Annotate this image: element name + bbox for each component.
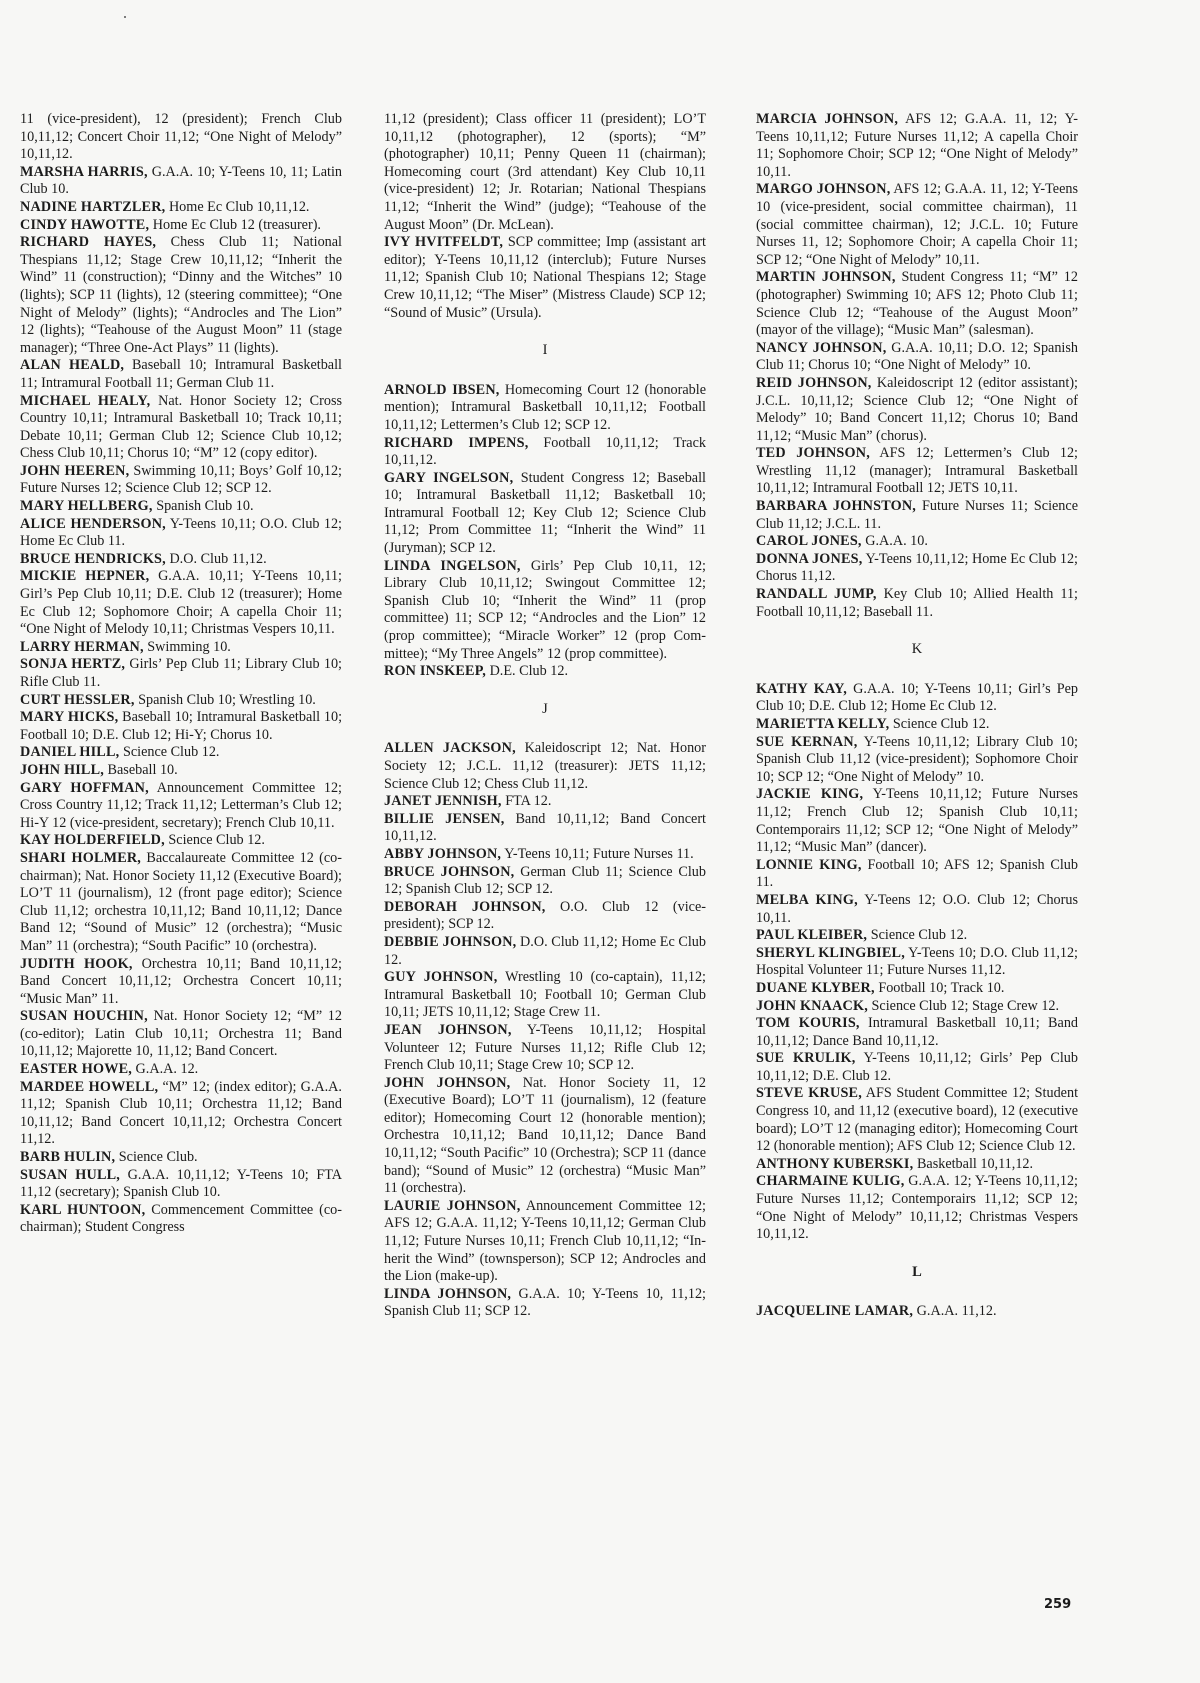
student-activities: Science Club 12. — [119, 744, 219, 760]
student-name: SHERYL KLINGBIEL, — [756, 945, 905, 961]
student-entry: LINDA INGELSON, Girls’ Pep Club 10,11, 1… — [384, 558, 706, 664]
student-entry: CHARMAINE KULIG, G.A.A. 12; Y-Teens 10,1… — [756, 1173, 1078, 1243]
student-name: MARTIN JOHNSON, — [756, 269, 896, 285]
student-name: PAUL KLEIBER, — [756, 927, 867, 943]
student-entry: REID JOHNSON, Kaleidoscript 12 (editor a… — [756, 375, 1078, 445]
student-activities: G.A.A. 11,12. — [913, 1303, 996, 1319]
student-entry: DEBORAH JOHNSON, O.O. Club 12 (vice-pres… — [384, 899, 706, 934]
student-entry: JOHN JOHNSON, Nat. Honor Society 11, 12 … — [384, 1075, 706, 1198]
student-activities: Swimming 10. — [144, 639, 231, 655]
student-entry: DUANE KLYBER, Football 10; Track 10. — [756, 980, 1078, 998]
student-name: JOHN HILL, — [20, 762, 104, 778]
student-name: ARNOLD IBSEN, — [384, 382, 500, 398]
student-entry: PAUL KLEIBER, Science Club 12. — [756, 927, 1078, 945]
section-letter-heading: L — [756, 1264, 1078, 1282]
page-number: 259 — [1044, 1597, 1071, 1612]
student-activities: FTA 12. — [502, 793, 552, 809]
student-entry: LARRY HERMAN, Swimming 10. — [20, 639, 342, 657]
student-entry: ARNOLD IBSEN, Homecoming Court 12 (honor… — [384, 382, 706, 435]
student-entry: RON INSKEEP, D.E. Club 12. — [384, 663, 706, 681]
student-name: SUE KRULIK, — [756, 1050, 855, 1066]
column-right: MARCIA JOHNSON, AFS 12; G.A.A. 11, 12; Y… — [756, 111, 1078, 1321]
student-name: BARBARA JOHNSTON, — [756, 498, 916, 514]
student-activities: G.A.A. 10. — [862, 533, 928, 549]
student-name: MELBA KING, — [756, 892, 858, 908]
student-name: NADINE HARTZLER, — [20, 199, 165, 215]
student-entry: DONNA JONES, Y-Teens 10,11,12; Home Ec C… — [756, 551, 1078, 586]
student-entry: MELBA KING, Y-Teens 12; O.O. Club 12; Ch… — [756, 892, 1078, 927]
student-name: RANDALL JUMP, — [756, 586, 877, 602]
student-name: RICHARD HAYES, — [20, 234, 156, 250]
student-name: BARB HULIN, — [20, 1149, 115, 1165]
student-entry: MARDEE HOWELL, “M” 12; (index edi­tor); … — [20, 1079, 342, 1149]
student-activities: Spanish Club 10; Wres­tling 10. — [135, 692, 316, 708]
student-name: STEVE KRUSE, — [756, 1085, 862, 1101]
student-name: BRUCE JOHNSON, — [384, 864, 514, 880]
student-activities: Y-Teens 10,11; Future Nurses 11. — [501, 846, 693, 862]
student-entry: RICHARD IMPENS, Football 10,11,12; Track… — [384, 435, 706, 470]
student-activities: Science Club 12. — [889, 716, 989, 732]
student-entry: SUSAN HOUCHIN, Nat. Honor Society 12; “M… — [20, 1008, 342, 1061]
student-name: CHARMAINE KULIG, — [756, 1173, 904, 1189]
student-entry: SUSAN HULL, G.A.A. 10,11,12; Y-Teens 10;… — [20, 1167, 342, 1202]
student-entry: DANIEL HILL, Science Club 12. — [20, 744, 342, 762]
student-name: TOM KOURIS, — [756, 1015, 860, 1031]
section-letter-heading: J — [384, 701, 706, 719]
student-activities: Nat. Honor Society 11, 12 (Executive Boa… — [384, 1075, 706, 1197]
student-entry: 11,12 (president); Class officer 11 (pre… — [384, 111, 706, 234]
student-name: BRUCE HENDRICKS, — [20, 551, 166, 567]
student-entry: SUE KERNAN, Y-Teens 10,11,12; Library Cl… — [756, 734, 1078, 787]
student-entry: CURT HESSLER, Spanish Club 10; Wres­tlin… — [20, 692, 342, 710]
student-name: ABBY JOHNSON, — [384, 846, 501, 862]
student-name: SUSAN HOUCHIN, — [20, 1008, 148, 1024]
student-name: MARY HELLBERG, — [20, 498, 153, 514]
student-name: LONNIE KING, — [756, 857, 862, 873]
student-entry: MICKIE HEPNER, G.A.A. 10,11; Y-Teens 10,… — [20, 568, 342, 638]
student-name: GUY JOHNSON, — [384, 969, 497, 985]
student-name: CURT HESSLER, — [20, 692, 135, 708]
student-name: MICHAEL HEALY, — [20, 393, 150, 409]
student-name: LINDA INGELSON, — [384, 558, 521, 574]
student-name: JACKIE KING, — [756, 786, 863, 802]
column-left: 11 (vice-president), 12 (president); Fre… — [20, 111, 342, 1237]
student-name: MARIETTA KELLY, — [756, 716, 889, 732]
student-activities: Science Club. — [115, 1149, 197, 1165]
student-name: KATHY KAY, — [756, 681, 847, 697]
student-name: JANET JENNISH, — [384, 793, 502, 809]
student-entry: KAY HOLDERFIELD, Science Club 12. — [20, 832, 342, 850]
student-entry: BRUCE HENDRICKS, D.O. Club 11,12. — [20, 551, 342, 569]
student-entry: ABBY JOHNSON, Y-Teens 10,11; Future Nurs… — [384, 846, 706, 864]
student-activities: Home Ec Club 10,11,12. — [165, 199, 309, 215]
student-name: CINDY HAWOTTE, — [20, 217, 149, 233]
student-entry: MARGO JOHNSON, AFS 12; G.A.A. 11, 12; Y-… — [756, 181, 1078, 269]
student-name: SUE KERNAN, — [756, 734, 858, 750]
student-name: MARSHA HARRIS, — [20, 164, 148, 180]
student-entry: JOHN HEEREN, Swimming 10,11; Boys’ Golf … — [20, 463, 342, 498]
student-activities: Basketball 10,11,12. — [913, 1156, 1033, 1172]
student-entry: NADINE HARTZLER, Home Ec Club 10,11,12. — [20, 199, 342, 217]
student-name: DEBORAH JOHNSON, — [384, 899, 546, 915]
student-entry: MARIETTA KELLY, Science Club 12. — [756, 716, 1078, 734]
student-entry: SHERYL KLINGBIEL, Y-Teens 10; D.O. Club … — [756, 945, 1078, 980]
student-entry: MARTIN JOHNSON, Student Congress 11; “M”… — [756, 269, 1078, 339]
student-entry: JANET JENNISH, FTA 12. — [384, 793, 706, 811]
student-entry: EASTER HOWE, G.A.A. 12. — [20, 1061, 342, 1079]
student-name: LARRY HERMAN, — [20, 639, 144, 655]
student-name: JOHN JOHNSON, — [384, 1075, 510, 1091]
section-letter-heading: K — [756, 641, 1078, 659]
student-entry: JOHN KNAACK, Science Club 12; Stage Crew… — [756, 998, 1078, 1016]
student-name: SUSAN HULL, — [20, 1167, 120, 1183]
student-name: ALAN HEALD, — [20, 357, 124, 373]
student-entry: ALAN HEALD, Baseball 10; Intramural Bask… — [20, 357, 342, 392]
student-name: DANIEL HILL, — [20, 744, 119, 760]
student-activities: Football 10; Track 10. — [875, 980, 1005, 996]
student-name: MARGO JOHNSON, — [756, 181, 891, 197]
student-name: KARL HUNTOON, — [20, 1202, 145, 1218]
student-entry: GUY JOHNSON, Wrestling 10 (co-captain), … — [384, 969, 706, 1022]
scan-speck — [124, 16, 126, 18]
student-activities: Science Club 12. — [165, 832, 265, 848]
student-entry: CAROL JONES, G.A.A. 10. — [756, 533, 1078, 551]
student-entry: MARY HICKS, Baseball 10; Intramural Bask… — [20, 709, 342, 744]
student-name: RICHARD IMPENS, — [384, 435, 528, 451]
student-name: JUDITH HOOK, — [20, 956, 133, 972]
student-entry: CINDY HAWOTTE, Home Ec Club 12 (treasure… — [20, 217, 342, 235]
student-name: MARY HICKS, — [20, 709, 118, 725]
student-entry: STEVE KRUSE, AFS Student Committee 12; S… — [756, 1085, 1078, 1155]
student-name: JEAN JOHNSON, — [384, 1022, 512, 1038]
student-name: BILLIE JENSEN, — [384, 811, 505, 827]
student-entry: GARY HOFFMAN, Announcement Com­mittee 12… — [20, 780, 342, 833]
student-entry: ALICE HENDERSON, Y-Teens 10,11; O.O. Clu… — [20, 516, 342, 551]
student-activities: D.O. Club 11,12. — [166, 551, 267, 567]
student-activities: D.E. Club 12. — [486, 663, 568, 679]
student-activities: Science Club 12; Stage Crew 12. — [868, 998, 1059, 1014]
student-entry: DEBBIE JOHNSON, D.O. Club 11,12; Home Ec… — [384, 934, 706, 969]
student-entry: 11 (vice-president), 12 (president); Fre… — [20, 111, 342, 164]
student-name: REID JOHNSON, — [756, 375, 872, 391]
student-entry: JOHN HILL, Baseball 10. — [20, 762, 342, 780]
student-entry: RANDALL JUMP, Key Club 10; Allied Health… — [756, 586, 1078, 621]
student-entry: KARL HUNTOON, Commencement Com­mittee (c… — [20, 1202, 342, 1237]
student-activities: G.A.A. 12. — [132, 1061, 198, 1077]
student-name: ANTHONY KUBERSKI, — [756, 1156, 913, 1172]
student-name: SHARI HOLMER, — [20, 850, 141, 866]
student-name: JOHN KNAACK, — [756, 998, 868, 1014]
student-entry: BRUCE JOHNSON, German Club 11; Sci­ence … — [384, 864, 706, 899]
student-entry: BARB HULIN, Science Club. — [20, 1149, 342, 1167]
student-name: ALICE HENDERSON, — [20, 516, 166, 532]
student-name: IVY HVITFELDT, — [384, 234, 503, 250]
student-activities: Spanish Club 10. — [153, 498, 254, 514]
student-name: JOHN HEEREN, — [20, 463, 129, 479]
student-entry: SHARI HOLMER, Baccalaureate Commit­tee 1… — [20, 850, 342, 956]
student-name: MARDEE HOWELL, — [20, 1079, 158, 1095]
student-entry: TED JOHNSON, AFS 12; Lettermen’s Club 12… — [756, 445, 1078, 498]
student-entry: JEAN JOHNSON, Y-Teens 10,11,12; Hos­pita… — [384, 1022, 706, 1075]
student-name: LAURIE JOHNSON, — [384, 1198, 520, 1214]
student-entry: IVY HVITFELDT, SCP committee; Imp (as­si… — [384, 234, 706, 322]
student-name: EASTER HOWE, — [20, 1061, 132, 1077]
student-name: CAROL JONES, — [756, 533, 862, 549]
student-entry: ANTHONY KUBERSKI, Basketball 10,11,12. — [756, 1156, 1078, 1174]
section-letter-heading: I — [384, 342, 706, 360]
student-name: DONNA JONES, — [756, 551, 862, 567]
student-name: MARCIA JOHNSON, — [756, 111, 898, 127]
student-activities: 11 (vice-president), 12 (president); Fre… — [20, 111, 342, 162]
student-entry: LONNIE KING, Football 10; AFS 12; Span­i… — [756, 857, 1078, 892]
student-activities: 11,12 (president); Class officer 11 (pre… — [384, 111, 706, 233]
student-entry: JACKIE KING, Y-Teens 10,11,12; Future Nu… — [756, 786, 1078, 856]
student-entry: GARY INGELSON, Student Congress 12; Base… — [384, 470, 706, 558]
yearbook-index-page: 11 (vice-president), 12 (president); Fre… — [0, 0, 1200, 1683]
student-name: GARY INGELSON, — [384, 470, 513, 486]
student-entry: MARY HELLBERG, Spanish Club 10. — [20, 498, 342, 516]
student-name: ALLEN JACKSON, — [384, 740, 516, 756]
student-name: MICKIE HEPNER, — [20, 568, 149, 584]
student-entry: JUDITH HOOK, Orchestra 10,11; Band 10,11… — [20, 956, 342, 1009]
student-entry: LINDA JOHNSON, G.A.A. 10; Y-Teens 10, 11… — [384, 1286, 706, 1321]
student-name: GARY HOFFMAN, — [20, 780, 149, 796]
student-entry: NANCY JOHNSON, G.A.A. 10,11; D.O. 12; Sp… — [756, 340, 1078, 375]
student-activities: Home Ec Club 12 (treasurer). — [149, 217, 321, 233]
student-entry: SUE KRULIK, Y-Teens 10,11,12; Girls’ Pep… — [756, 1050, 1078, 1085]
student-activities: Baseball 10. — [104, 762, 178, 778]
student-name: LINDA JOHNSON, — [384, 1286, 511, 1302]
student-name: NANCY JOHNSON, — [756, 340, 886, 356]
student-entry: JACQUELINE LAMAR, G.A.A. 11,12. — [756, 1303, 1078, 1321]
student-name: TED JOHNSON, — [756, 445, 870, 461]
student-entry: KATHY KAY, G.A.A. 10; Y-Teens 10,11; Gir… — [756, 681, 1078, 716]
student-entry: BARBARA JOHNSTON, Future Nurses 11; Scie… — [756, 498, 1078, 533]
student-entry: BILLIE JENSEN, Band 10,11,12; Band Conce… — [384, 811, 706, 846]
student-entry: MARSHA HARRIS, G.A.A. 10; Y-Teens 10, 11… — [20, 164, 342, 199]
student-name: DEBBIE JOHNSON, — [384, 934, 516, 950]
student-entry: ALLEN JACKSON, Kaleidoscript 12; Nat. Ho… — [384, 740, 706, 793]
student-entry: MARCIA JOHNSON, AFS 12; G.A.A. 11, 12; Y… — [756, 111, 1078, 181]
column-middle: 11,12 (president); Class officer 11 (pre… — [384, 111, 706, 1321]
student-name: JACQUELINE LAMAR, — [756, 1303, 913, 1319]
student-name: RON INSKEEP, — [384, 663, 486, 679]
student-entry: TOM KOURIS, Intramural Basketball 10,11;… — [756, 1015, 1078, 1050]
student-entry: MICHAEL HEALY, Nat. Honor Society 12; Cr… — [20, 393, 342, 463]
student-name: SONJA HERTZ, — [20, 656, 125, 672]
student-name: KAY HOLDERFIELD, — [20, 832, 165, 848]
student-name: DUANE KLYBER, — [756, 980, 875, 996]
student-activities: Science Club 12. — [867, 927, 967, 943]
student-activities: Chess Club 11; Na­tional Thespians 11,12… — [20, 234, 342, 356]
student-entry: LAURIE JOHNSON, Announcement Com­mittee … — [384, 1198, 706, 1286]
student-entry: RICHARD HAYES, Chess Club 11; Na­tional … — [20, 234, 342, 357]
student-entry: SONJA HERTZ, Girls’ Pep Club 11; Li­brar… — [20, 656, 342, 691]
